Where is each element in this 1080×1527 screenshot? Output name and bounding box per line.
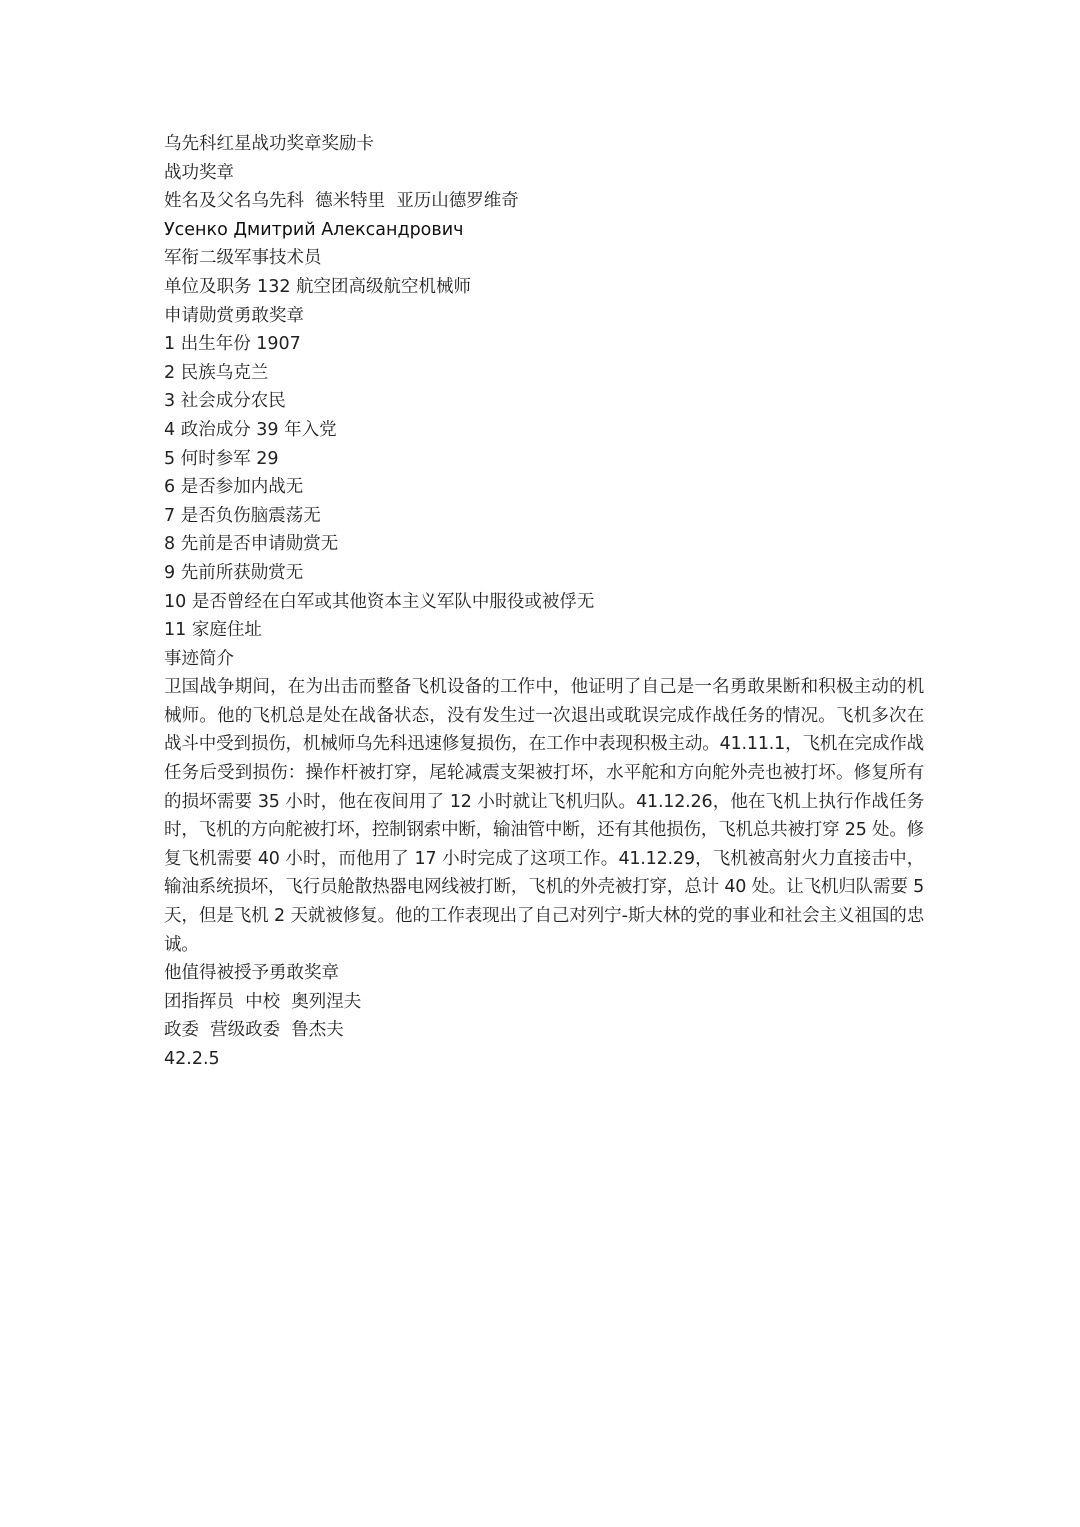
field-wounds: 7 是否负伤脑震荡无 bbox=[164, 502, 924, 531]
document-subtitle: 战功奖章 bbox=[164, 159, 924, 188]
field-home-address: 11 家庭住址 bbox=[164, 616, 924, 645]
summary-heading: 事迹简介 bbox=[164, 645, 924, 674]
field-white-army-service: 10 是否曾经在白军或其他资本主义军队中服役或被俘无 bbox=[164, 588, 924, 617]
document-title: 乌先科红星战功奖章奖励卡 bbox=[164, 130, 924, 159]
award-card-document: 乌先科红星战功奖章奖励卡 战功奖章 姓名及父名乌先科 德米特里 亚历山德罗维奇 … bbox=[164, 130, 924, 1074]
conclusion: 他值得被授予勇敢奖章 bbox=[164, 959, 924, 988]
name-line: 姓名及父名乌先科 德米特里 亚历山德罗维奇 bbox=[164, 187, 924, 216]
unit-line: 单位及职务 132 航空团高级航空机械师 bbox=[164, 273, 924, 302]
name-russian: Усенко Дмитрий Александрович bbox=[164, 216, 924, 245]
document-date: 42.2.5 bbox=[164, 1045, 924, 1074]
request-line: 申请勋赏勇敢奖章 bbox=[164, 302, 924, 331]
field-enlistment: 5 何时参军 29 bbox=[164, 445, 924, 474]
field-civil-war: 6 是否参加内战无 bbox=[164, 473, 924, 502]
field-previous-nominations: 8 先前是否申请勋赏无 bbox=[164, 530, 924, 559]
signature-commander: 团指挥员 中校 奥列涅夫 bbox=[164, 988, 924, 1017]
summary-text: 卫国战争期间，在为出击而整备飞机设备的工作中，他证明了自己是一名勇敢果断和积极主… bbox=[164, 673, 924, 959]
field-previous-awards: 9 先前所获勋赏无 bbox=[164, 559, 924, 588]
field-birth-year: 1 出生年份 1907 bbox=[164, 330, 924, 359]
field-social-origin: 3 社会成分农民 bbox=[164, 387, 924, 416]
rank-line: 军衔二级军事技术员 bbox=[164, 244, 924, 273]
field-party-membership: 4 政治成分 39 年入党 bbox=[164, 416, 924, 445]
field-nationality: 2 民族乌克兰 bbox=[164, 359, 924, 388]
signature-commissar: 政委 营级政委 鲁杰夫 bbox=[164, 1016, 924, 1045]
